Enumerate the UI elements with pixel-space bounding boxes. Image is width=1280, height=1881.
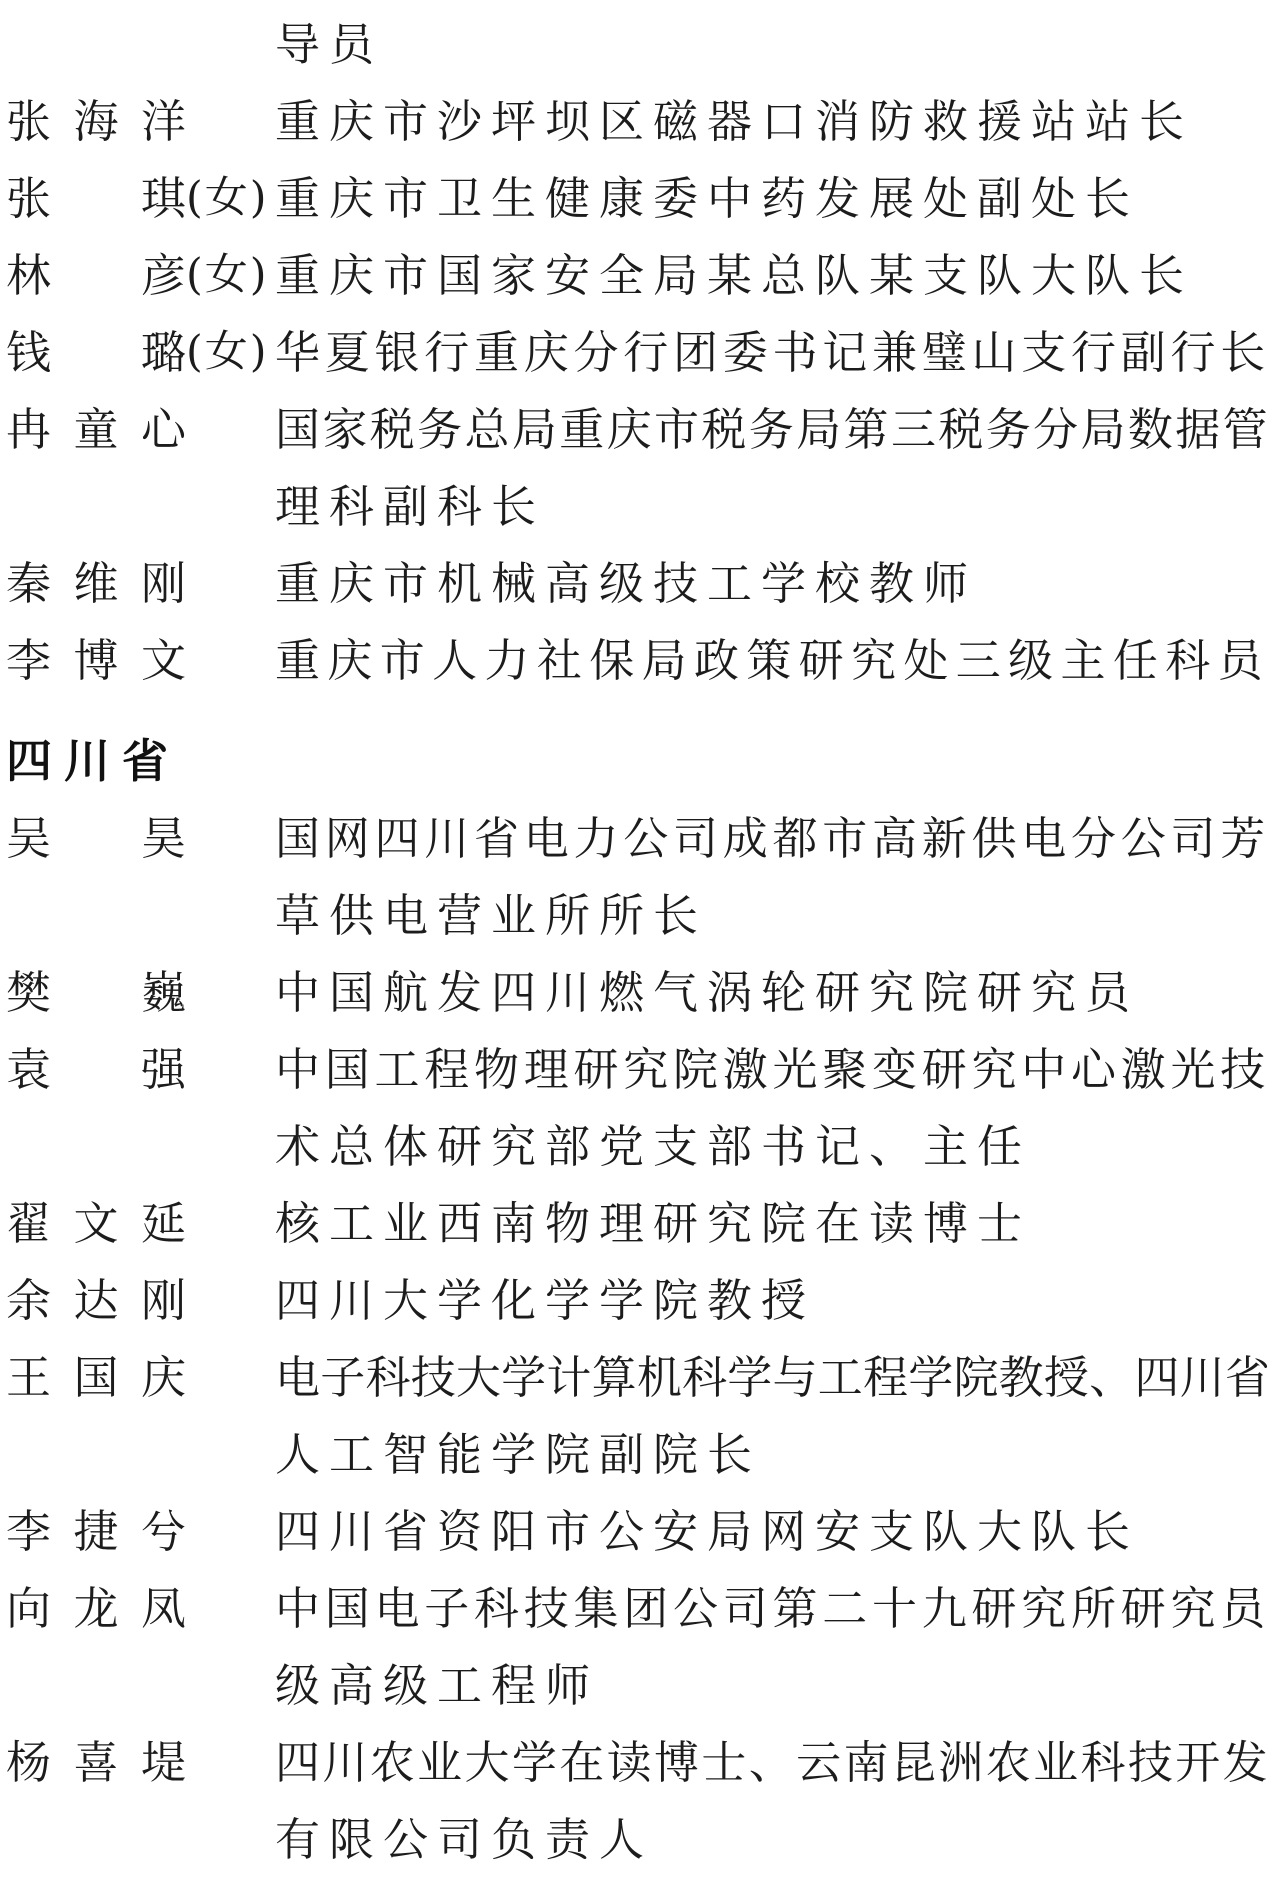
recipient-name-cell: 袁强 (6, 1027, 275, 1104)
list-item: 张琪(女)重庆市卫生健康委中药发展处副处长 (6, 156, 1280, 233)
name-character: 刚 (141, 1264, 186, 1329)
recipient-name: 秦维刚 (6, 547, 186, 612)
title-line: 中国工程物理研究院激光聚变研究中心激光技 (275, 1027, 1270, 1104)
name-character: 文 (73, 1187, 118, 1252)
name-character: 兮 (141, 1495, 186, 1560)
position-title: 导员 (275, 2, 1270, 79)
position-title: 国家税务总局重庆市税务局第三税务分局数据管理科副科长 (275, 387, 1270, 541)
recipient-name: 王国庆 (6, 1341, 186, 1406)
recipient-name-cell: 李捷兮 (6, 1489, 275, 1566)
name-character: 喜 (73, 1726, 118, 1791)
name-character: 达 (73, 1264, 118, 1329)
recipient-name: 翟文延 (6, 1187, 186, 1252)
name-character: 童 (73, 393, 118, 458)
gender-note: (女) (186, 318, 269, 379)
recipient-name-cell: 林彦(女) (6, 233, 275, 310)
document-body: 导员张海洋重庆市沙坪坝区磁器口消防救援站站长张琪(女)重庆市卫生健康委中药发展处… (0, 0, 1280, 1874)
position-title: 重庆市卫生健康委中药发展处副处长 (275, 156, 1270, 233)
list-item: 袁强中国工程物理研究院激光聚变研究中心激光技术总体研究部党支部书记、主任 (6, 1027, 1280, 1181)
recipient-name-cell: 张琪(女) (6, 156, 275, 233)
name-character: 林 (6, 239, 51, 304)
recipient-name: 袁强 (6, 1033, 186, 1098)
name-character: 维 (73, 547, 118, 612)
name-character: 杨 (6, 1726, 51, 1791)
name-character: 李 (6, 1495, 51, 1560)
name-character: 文 (141, 624, 186, 689)
name-character: 吴 (6, 802, 51, 867)
list-item: 林彦(女)重庆市国家安全局某总队某支队大队长 (6, 233, 1280, 310)
name-character: 堤 (141, 1726, 186, 1791)
name-character: 王 (6, 1341, 51, 1406)
name-character: 彦 (141, 239, 186, 304)
recipient-name: 杨喜堤 (6, 1726, 186, 1791)
name-character: 心 (141, 393, 186, 458)
recipient-name-cell: 杨喜堤 (6, 1720, 275, 1797)
recipient-name: 林彦 (6, 239, 186, 304)
recipient-name: 张琪 (6, 162, 186, 227)
list-item: 导员 (6, 2, 1280, 79)
title-line: 中国航发四川燃气涡轮研究院研究员 (275, 950, 1270, 1027)
list-item: 秦维刚重庆市机械高级技工学校教师 (6, 541, 1280, 618)
list-item: 钱璐(女)华夏银行重庆分行团委书记兼璧山支行副行长 (6, 310, 1280, 387)
recipient-name: 钱璐 (6, 316, 186, 381)
recipient-name: 樊巍 (6, 956, 186, 1021)
list-item: 翟文延核工业西南物理研究院在读博士 (6, 1181, 1280, 1258)
title-line: 核工业西南物理研究院在读博士 (275, 1181, 1270, 1258)
title-line: 重庆市机械高级技工学校教师 (275, 541, 1270, 618)
list-item: 张海洋重庆市沙坪坝区磁器口消防救援站站长 (6, 79, 1280, 156)
name-character: 钱 (6, 316, 51, 381)
recipient-name-cell: 李博文 (6, 618, 275, 695)
name-character: 李 (6, 624, 51, 689)
name-character: 昊 (141, 802, 186, 867)
list-item: 冉童心国家税务总局重庆市税务局第三税务分局数据管理科副科长 (6, 387, 1280, 541)
name-character: 琪 (141, 162, 186, 227)
position-title: 电子科技大学计算机科学与工程学院教授、四川省人工智能学院副院长 (275, 1335, 1270, 1489)
title-line: 四川大学化学学院教授 (275, 1258, 1270, 1335)
name-character: 向 (6, 1572, 51, 1637)
position-title: 核工业西南物理研究院在读博士 (275, 1181, 1270, 1258)
name-character: 国 (73, 1341, 118, 1406)
recipient-name: 李捷兮 (6, 1495, 186, 1560)
name-character: 冉 (6, 393, 51, 458)
name-character: 庆 (141, 1341, 186, 1406)
title-line: 人工智能学院副院长 (275, 1412, 1270, 1489)
name-character: 强 (141, 1033, 186, 1098)
title-line: 理科副科长 (275, 464, 1270, 541)
name-character: 海 (73, 85, 118, 150)
title-line: 术总体研究部党支部书记、主任 (275, 1104, 1270, 1181)
recipient-name: 向龙凤 (6, 1572, 186, 1637)
name-character: 樊 (6, 956, 51, 1021)
list-item: 余达刚四川大学化学学院教授 (6, 1258, 1280, 1335)
name-character: 璐 (141, 316, 186, 381)
title-line: 重庆市卫生健康委中药发展处副处长 (275, 156, 1270, 233)
recipient-name: 李博文 (6, 624, 186, 689)
title-line: 草供电营业所所长 (275, 873, 1270, 950)
title-line: 中国电子科技集团公司第二十九研究所研究员 (275, 1566, 1270, 1643)
title-line: 四川省资阳市公安局网安支队大队长 (275, 1489, 1270, 1566)
name-character: 翟 (6, 1187, 51, 1252)
title-line: 重庆市国家安全局某总队某支队大队长 (275, 233, 1270, 310)
title-line: 华夏银行重庆分行团委书记兼璧山支行副行长 (275, 310, 1270, 387)
recipient-name: 吴昊 (6, 802, 186, 867)
gender-note: (女) (186, 241, 269, 302)
position-title: 国网四川省电力公司成都市高新供电分公司芳草供电营业所所长 (275, 796, 1270, 950)
recipient-name-cell: 樊巍 (6, 950, 275, 1027)
name-character: 刚 (141, 547, 186, 612)
recipient-name-cell: 翟文延 (6, 1181, 275, 1258)
recipient-name: 余达刚 (6, 1264, 186, 1329)
title-line: 级高级工程师 (275, 1643, 1270, 1720)
name-character: 洋 (141, 85, 186, 150)
title-line: 电子科技大学计算机科学与工程学院教授、四川省 (275, 1335, 1270, 1412)
position-title: 中国航发四川燃气涡轮研究院研究员 (275, 950, 1270, 1027)
recipient-name-cell: 张海洋 (6, 79, 275, 156)
position-title: 中国电子科技集团公司第二十九研究所研究员级高级工程师 (275, 1566, 1270, 1720)
list-item: 李博文重庆市人力社保局政策研究处三级主任科员 (6, 618, 1280, 695)
position-title: 重庆市沙坪坝区磁器口消防救援站站长 (275, 79, 1270, 156)
position-title: 重庆市国家安全局某总队某支队大队长 (275, 233, 1270, 310)
title-line: 重庆市人力社保局政策研究处三级主任科员 (275, 618, 1270, 695)
list-item: 吴昊国网四川省电力公司成都市高新供电分公司芳草供电营业所所长 (6, 796, 1280, 950)
position-title: 重庆市机械高级技工学校教师 (275, 541, 1270, 618)
position-title: 华夏银行重庆分行团委书记兼璧山支行副行长 (275, 310, 1270, 387)
title-line: 国家税务总局重庆市税务局第三税务分局数据管 (275, 387, 1270, 464)
gender-note: (女) (186, 164, 269, 225)
recipient-name-cell (6, 2, 275, 79)
name-character: 巍 (141, 956, 186, 1021)
recipient-name-cell: 余达刚 (6, 1258, 275, 1335)
list-item: 向龙凤中国电子科技集团公司第二十九研究所研究员级高级工程师 (6, 1566, 1280, 1720)
title-line: 四川农业大学在读博士、云南昆洲农业科技开发 (275, 1720, 1270, 1797)
position-title: 四川农业大学在读博士、云南昆洲农业科技开发有限公司负责人 (275, 1720, 1270, 1874)
section-heading: 四川省 (6, 719, 1280, 796)
recipient-name-cell: 向龙凤 (6, 1566, 275, 1643)
recipient-name-cell: 冉童心 (6, 387, 275, 464)
list-item: 樊巍中国航发四川燃气涡轮研究院研究员 (6, 950, 1280, 1027)
name-character: 张 (6, 162, 51, 227)
position-title: 重庆市人力社保局政策研究处三级主任科员 (275, 618, 1270, 695)
name-character: 捷 (73, 1495, 118, 1560)
recipient-name: 冉童心 (6, 393, 186, 458)
name-character: 博 (73, 624, 118, 689)
name-character: 延 (141, 1187, 186, 1252)
position-title: 四川大学化学学院教授 (275, 1258, 1270, 1335)
title-line: 有限公司负责人 (275, 1797, 1270, 1874)
position-title: 中国工程物理研究院激光聚变研究中心激光技术总体研究部党支部书记、主任 (275, 1027, 1270, 1181)
name-character: 余 (6, 1264, 51, 1329)
name-character: 凤 (141, 1572, 186, 1637)
recipient-name-cell: 吴昊 (6, 796, 275, 873)
position-title: 四川省资阳市公安局网安支队大队长 (275, 1489, 1270, 1566)
name-character: 袁 (6, 1033, 51, 1098)
recipient-name-cell: 秦维刚 (6, 541, 275, 618)
title-line: 导员 (275, 2, 1270, 79)
list-item: 李捷兮四川省资阳市公安局网安支队大队长 (6, 1489, 1280, 1566)
recipient-name-cell: 王国庆 (6, 1335, 275, 1412)
name-character: 张 (6, 85, 51, 150)
recipient-name-cell: 钱璐(女) (6, 310, 275, 387)
name-character: 龙 (73, 1572, 118, 1637)
name-character: 秦 (6, 547, 51, 612)
title-line: 国网四川省电力公司成都市高新供电分公司芳 (275, 796, 1270, 873)
list-item: 杨喜堤四川农业大学在读博士、云南昆洲农业科技开发有限公司负责人 (6, 1720, 1280, 1874)
title-line: 重庆市沙坪坝区磁器口消防救援站站长 (275, 79, 1270, 156)
list-item: 王国庆电子科技大学计算机科学与工程学院教授、四川省人工智能学院副院长 (6, 1335, 1280, 1489)
recipient-name: 张海洋 (6, 85, 186, 150)
